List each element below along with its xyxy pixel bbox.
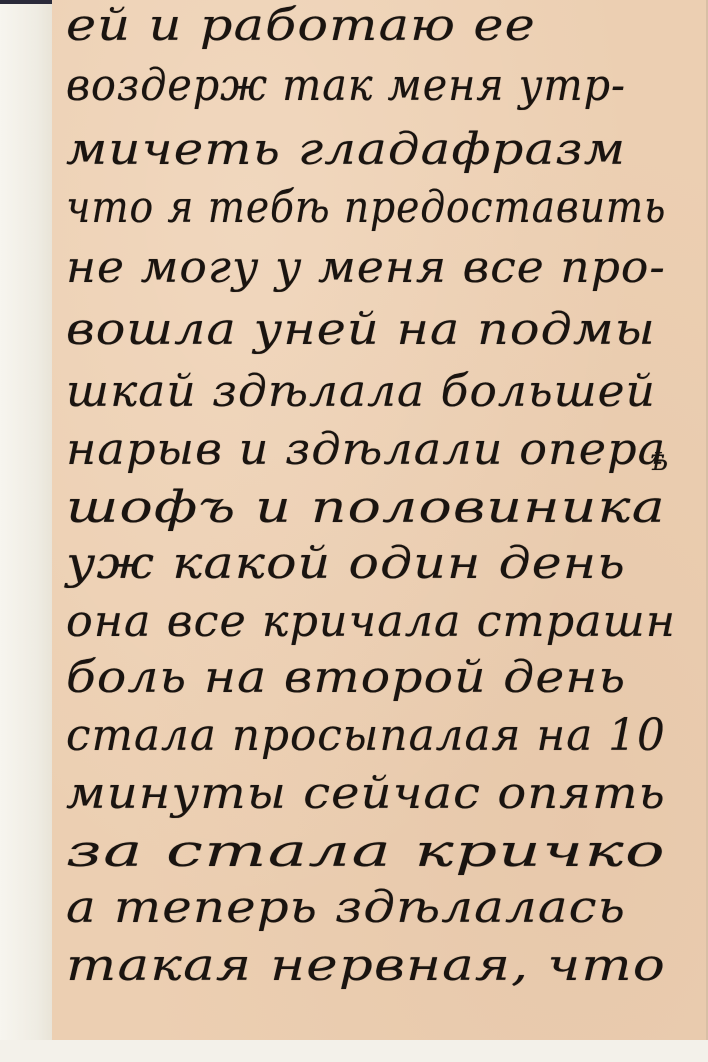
- handwritten-line: уж какой один день: [66, 542, 626, 586]
- handwritten-line: она все кричала страшн: [66, 600, 676, 644]
- handwritten-line: минуты сейчас опять: [66, 772, 666, 816]
- handwritten-line: шкай здѣлала большей: [66, 370, 656, 414]
- scan-margin: [0, 0, 52, 1062]
- handwritten-line: а теперь здѣлалась: [66, 886, 626, 930]
- handwritten-line: что я тебѣ предоставить: [66, 186, 666, 230]
- handwritten-line: боль на второй день: [66, 656, 626, 700]
- scan-bottom-margin: [0, 1040, 708, 1062]
- handwritten-line: за стала кричкo: [66, 830, 666, 874]
- scan-edge-strip: [0, 0, 52, 4]
- handwritten-line: нарыв и здѣлали опера: [66, 428, 666, 472]
- handwritten-line: мичеть гладафразм: [66, 128, 626, 172]
- handwritten-line: стала просыпалая на 10: [66, 714, 666, 758]
- handwritten-line: такая нервная, что: [66, 944, 666, 988]
- handwritten-line: шофъ и половиника: [66, 486, 666, 530]
- handwritten-line: не могу у меня все про-: [66, 246, 666, 290]
- handwritten-line: воздерж так меня утр-: [66, 64, 626, 108]
- handwritten-line: вошла уней на подмы: [66, 308, 656, 352]
- handwritten-line: ей и работаю ее: [66, 4, 536, 48]
- margin-annotation: Ѣ: [650, 448, 668, 476]
